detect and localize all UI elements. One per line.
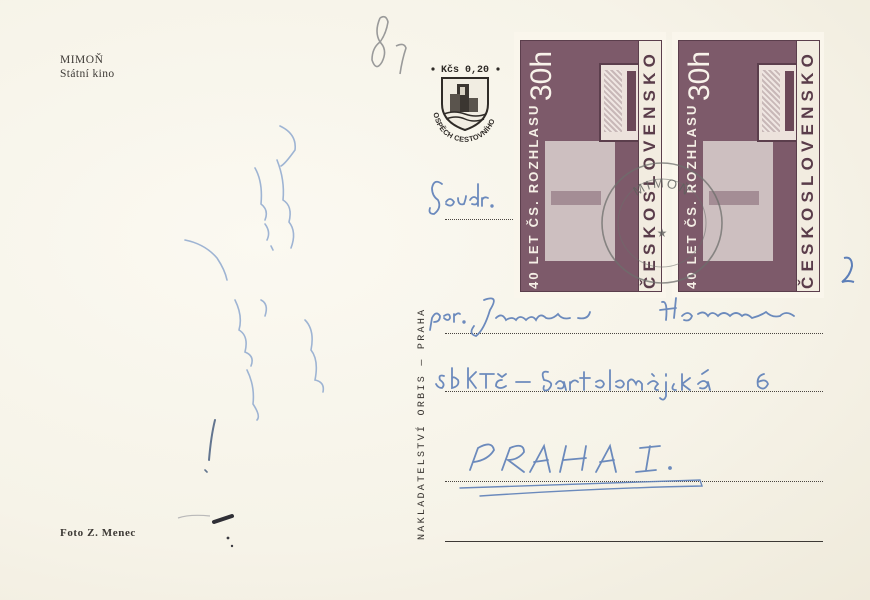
photo-credit: Foto Z. Menec (60, 527, 136, 539)
svg-text:★: ★ (657, 226, 668, 240)
address-rule (445, 219, 513, 220)
margin-mark (838, 250, 862, 290)
corner-note-87 (366, 12, 416, 77)
caption: MIMOŇ Státní kino (60, 53, 115, 81)
handwritten-message (165, 120, 365, 500)
address-rule (445, 391, 823, 392)
castle-shield-icon: Kčs 0,20 VE PROSPĚCH CESTOVNÍHO RUCHU (420, 58, 510, 146)
stamp-value: 30h (683, 51, 717, 101)
price-emblem: Kčs 0,20 VE PROSPĚCH CESTOVNÍHO RUCHU (420, 58, 510, 146)
postmark-cancellation: MIMOŇ ★ (596, 145, 728, 305)
stamp-country: ČESKOSLOVENSKO (798, 49, 818, 289)
stamp-value: 30h (525, 51, 559, 101)
publisher-imprint: NAKLADATELSTVÍ ORBIS — PRAHA (417, 308, 428, 540)
svg-text:MIMOŇ: MIMOŇ (630, 175, 693, 199)
radio-icon (757, 63, 799, 142)
caption-city: MIMOŇ (60, 53, 115, 67)
caption-subject: Státní kino (60, 67, 115, 81)
emblem-price: Kčs 0,20 (441, 64, 489, 76)
address-rule (445, 481, 823, 482)
postcard-back: MIMOŇ Státní kino Foto Z. Menec NAKLADAT… (0, 0, 870, 600)
postmark-town: MIMOŇ (630, 175, 693, 199)
ink-smudge (170, 508, 240, 550)
radio-icon (599, 63, 641, 142)
address-rule (445, 333, 823, 334)
address-rule (445, 541, 823, 542)
stamp-inscription: 40 LET ČS. ROZHLASU (526, 103, 541, 289)
